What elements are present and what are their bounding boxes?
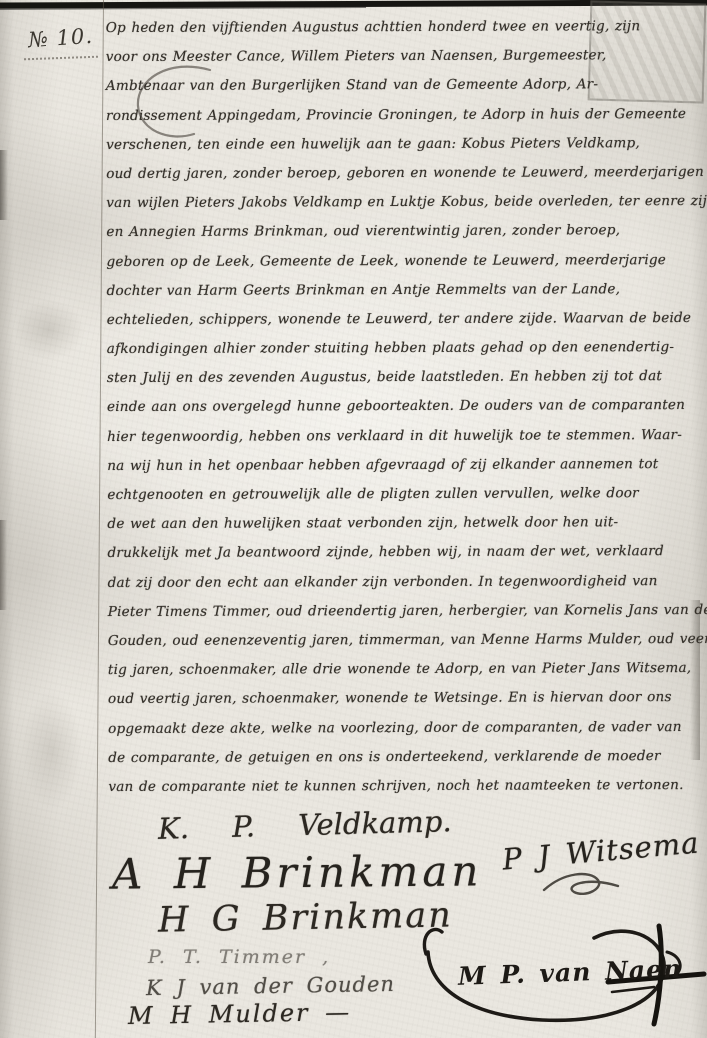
act-body-line: echtgenooten en getrouwelijk alle de pli… (107, 479, 699, 510)
act-body-line: tig jaren, schoenmaker, alle drie wonend… (108, 654, 700, 685)
stain (0, 520, 7, 610)
act-body-line: dochter van Harm Geerts Brinkman en Antj… (107, 275, 699, 306)
document-scan-page: № 10. Op heden den vijftienden Augustus … (0, 0, 707, 1038)
act-body-line: opgemaakt deze akte, welke na voorlezing… (108, 712, 700, 743)
witsema-signature-flourish (540, 868, 630, 904)
act-body-line: rondissement Appingedam, Provincie Groni… (106, 100, 698, 131)
act-body-line: Pieter Timens Timmer, oud drieendertig j… (108, 596, 700, 627)
act-number-label: № 10. (27, 24, 93, 52)
act-body-line: na wij hun in het openbaar hebben afgevr… (107, 450, 699, 481)
signature-h-g-brinkman: H G Brinkman (158, 895, 453, 940)
act-body-line: verschenen, ten einde een huwelijk aan t… (106, 129, 698, 160)
stain (22, 690, 82, 810)
act-body-line: Gouden, oud eenenzeventig jaren, timmerm… (108, 625, 700, 656)
stain (14, 300, 84, 360)
act-body-line: van wijlen Pieters Jakobs Veldkamp en Lu… (106, 187, 698, 218)
margin-rule-line (95, 0, 104, 1038)
act-body-text: Op heden den vijftienden Augustus achtti… (106, 12, 701, 802)
act-body-line: echtelieden, schippers, wonende te Leuwe… (107, 304, 699, 335)
act-body-line: einde aan ons overgelegd hunne geboortea… (107, 391, 699, 422)
signature-timmer: P. T. Timmer , (148, 946, 330, 968)
act-body-line: oud dertig jaren, zonder beroep, geboren… (106, 158, 698, 189)
act-body-line: oud veertig jaren, schoenmaker, wonende … (108, 683, 700, 714)
act-body-line: geboren op de Leek, Gemeente de Leek, wo… (106, 245, 698, 276)
signature-veldkamp: K. P. Veldkamp. (158, 804, 452, 846)
act-body-line: voor ons Meester Cance, Willem Pieters v… (106, 41, 698, 72)
signature-mulder: M H Mulder — (128, 998, 352, 1030)
act-body-line: van de comparante niet te kunnen schrijv… (108, 771, 700, 802)
act-body-line: Ambtenaar van den Burgerlijken Stand van… (106, 70, 698, 101)
act-body-line: sten Julij en des zevenden Augustus, bei… (107, 362, 699, 393)
act-body-line: hier tegenwoordig, hebben ons verklaard … (107, 421, 699, 452)
act-body-line: afkondigingen alhier zonder stuiting heb… (107, 333, 699, 364)
act-body-line: de comparante, de getuigen en ons is ond… (108, 742, 700, 773)
act-number-underline (24, 55, 98, 61)
act-body-line: de wet aan den huwelijken staat verbonde… (107, 508, 699, 539)
signature-van-der-gouden: K J van der Gouden (146, 972, 395, 1000)
act-body-line: drukkelijk met Ja beantwoord zijnde, heb… (107, 537, 699, 568)
act-body-line: en Annegien Harms Brinkman, oud vierentw… (106, 216, 698, 247)
act-body-line: dat zij door den echt aan elkander zijn … (108, 567, 700, 598)
signature-a-h-brinkman: A H Brinkman (112, 846, 483, 898)
act-body-line: Op heden den vijftienden Augustus achtti… (106, 12, 698, 43)
stain (0, 150, 8, 220)
